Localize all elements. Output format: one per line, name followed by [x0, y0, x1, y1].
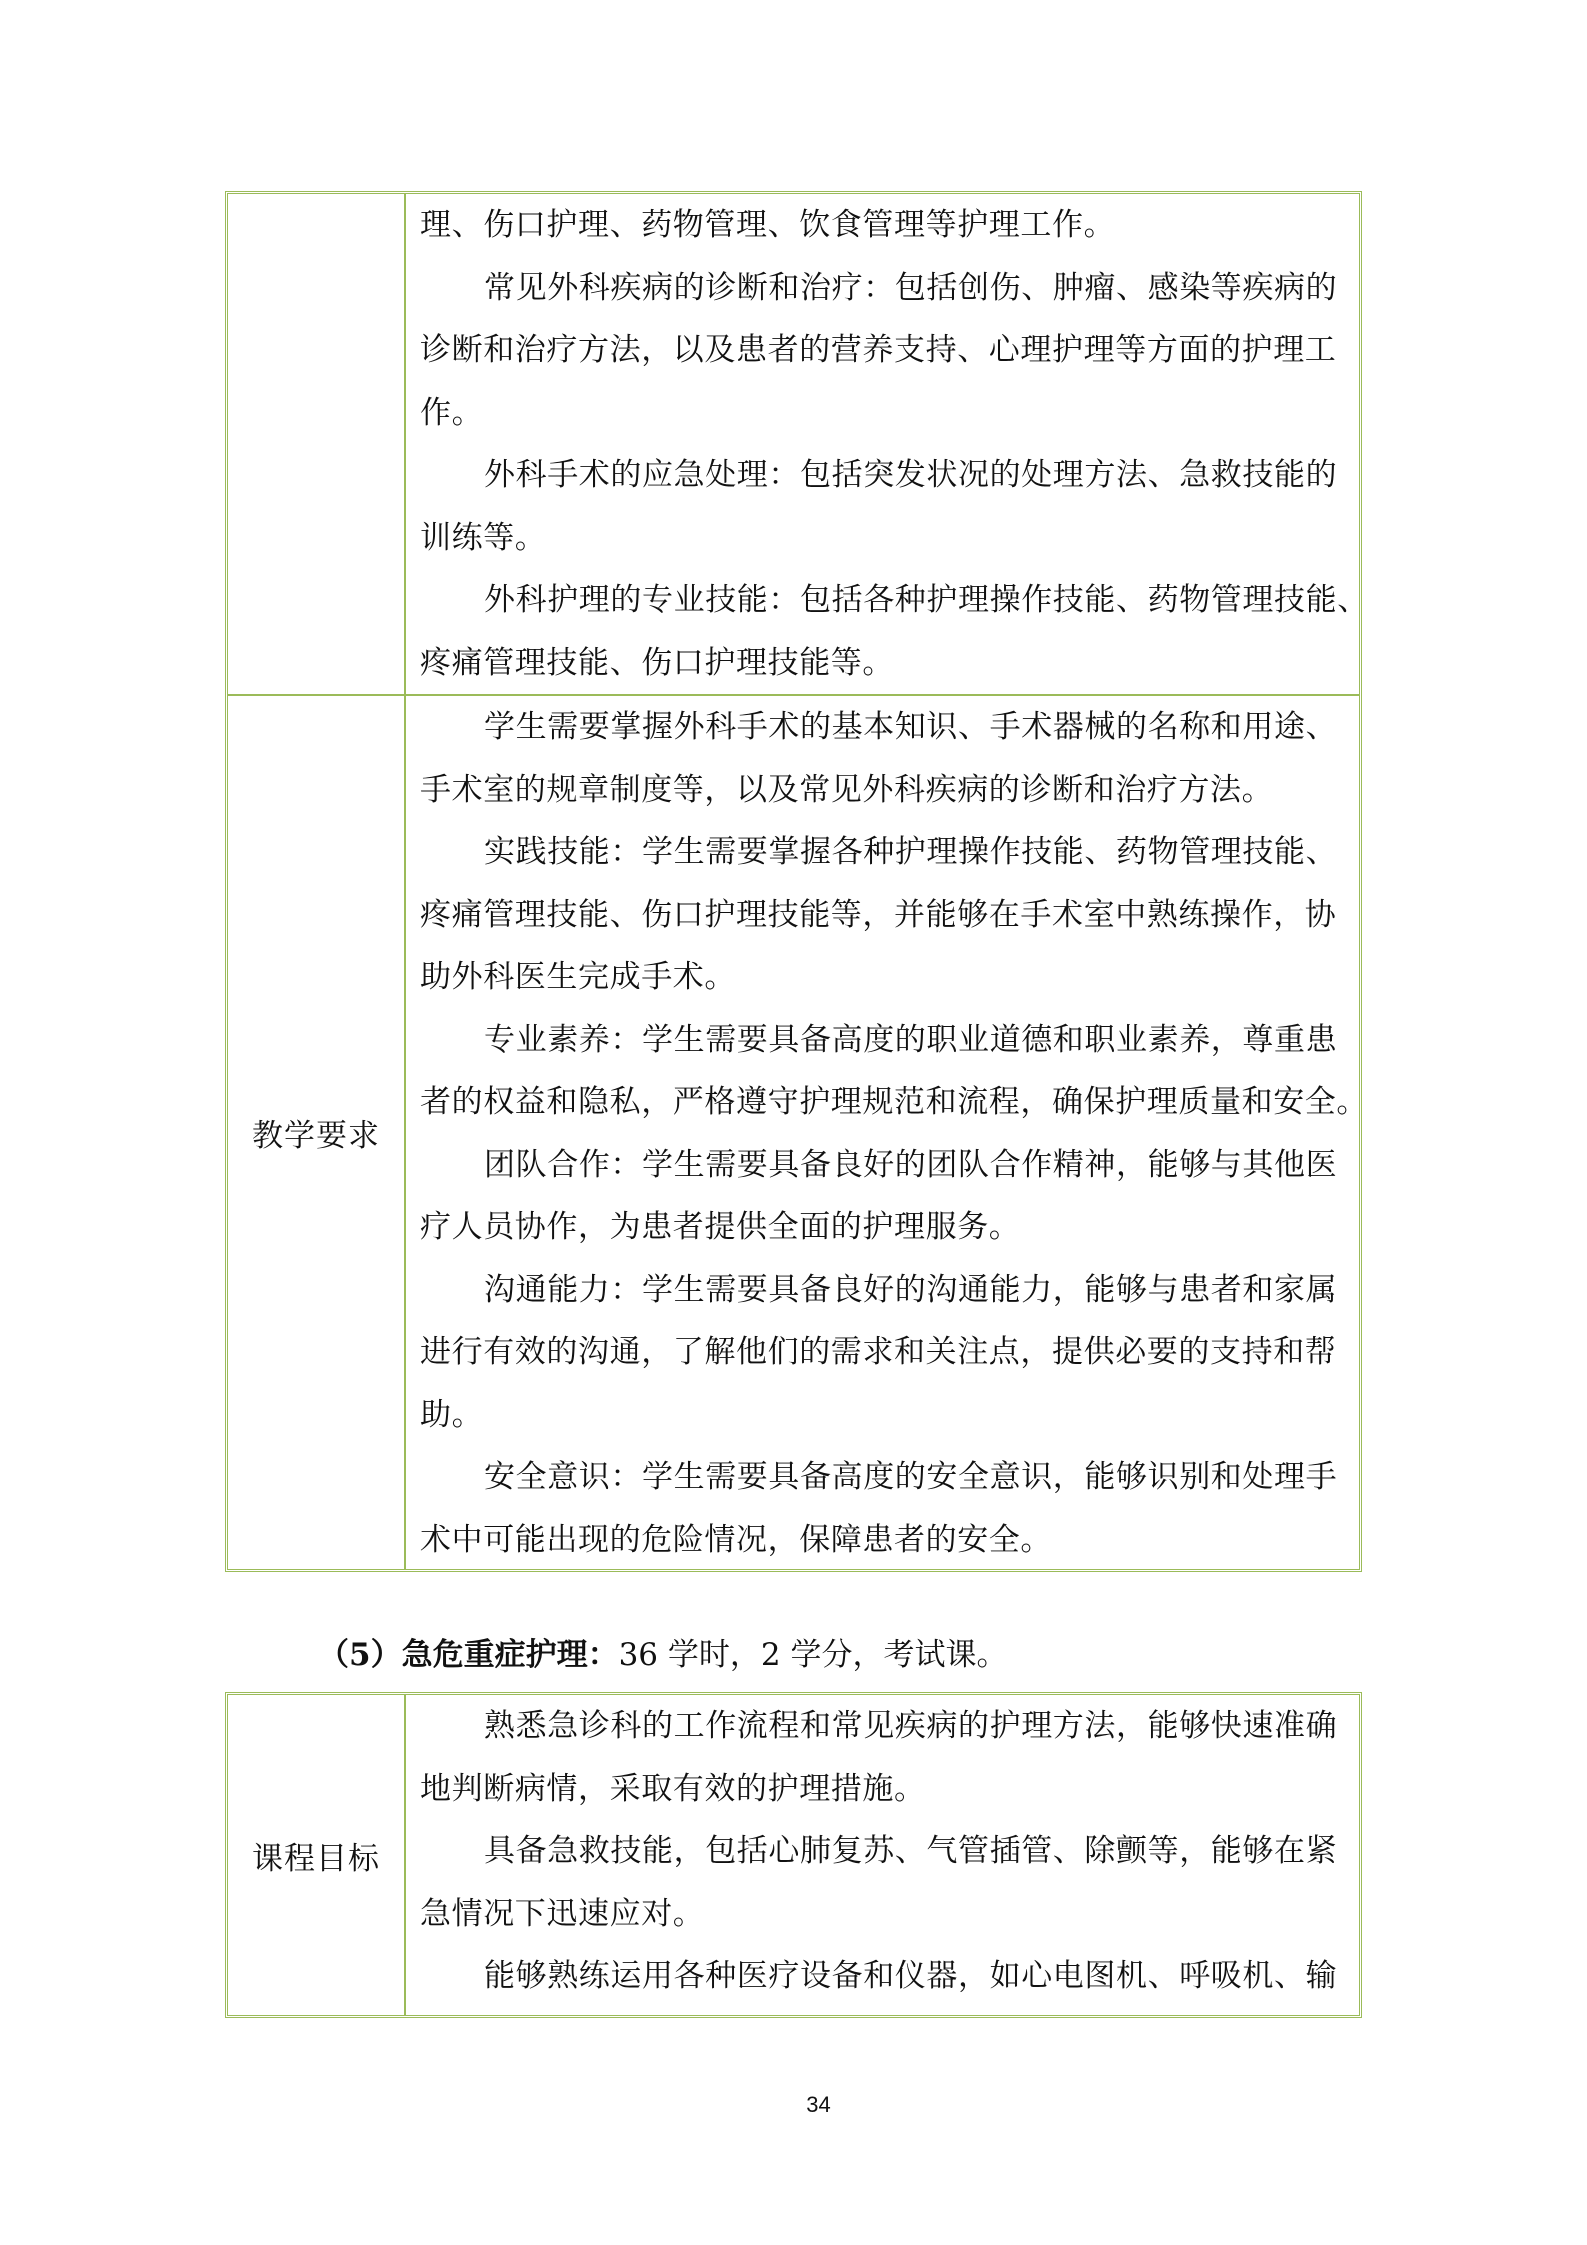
text-line: 理、伤口护理、药物管理、饮食管理等护理工作。	[420, 194, 1351, 257]
text-line: 疼痛管理技能、伤口护理技能等，并能够在手术室中熟练操作，协	[420, 884, 1351, 947]
section-heading-title: （5）急危重症护理：	[318, 1637, 619, 1673]
text-line: 外科手术的应急处理：包括突发状况的处理方法、急救技能的	[420, 444, 1351, 507]
row-label-cell: 教学要求	[228, 696, 406, 1569]
text-line: 手术室的规章制度等，以及常见外科疾病的诊断和治疗方法。	[420, 759, 1351, 822]
text-line: 安全意识：学生需要具备高度的安全意识，能够识别和处理手	[420, 1446, 1351, 1509]
text-line: 学生需要掌握外科手术的基本知识、手术器械的名称和用途、	[420, 696, 1351, 759]
text-line: 作。	[420, 382, 1351, 445]
text-line: 熟悉急诊科的工作流程和常见疾病的护理方法，能够快速准确	[420, 1695, 1351, 1758]
page-number: 34	[0, 2092, 1587, 2118]
section-heading-detail: 36 学时，2 学分，考试课。	[619, 1637, 1008, 1673]
text-line: 进行有效的沟通，了解他们的需求和关注点，提供必要的支持和帮	[420, 1321, 1351, 1384]
text-line: 疗人员协作，为患者提供全面的护理服务。	[420, 1196, 1351, 1259]
row-content-cell: 理、伤口护理、药物管理、饮食管理等护理工作。 常见外科疾病的诊断和治疗：包括创伤…	[406, 194, 1359, 698]
course-table-critical-care-nursing: 课程目标 熟悉急诊科的工作流程和常见疾病的护理方法，能够快速准确 地判断病情，采…	[225, 1692, 1362, 2018]
text-line: 实践技能：学生需要掌握各种护理操作技能、药物管理技能、	[420, 821, 1351, 884]
row-label-teaching-requirements: 教学要求	[252, 1110, 380, 1155]
table-row-teaching-requirements: 教学要求 学生需要掌握外科手术的基本知识、手术器械的名称和用途、 手术室的规章制…	[228, 694, 1359, 1569]
course-table-surgical-nursing: 理、伤口护理、药物管理、饮食管理等护理工作。 常见外科疾病的诊断和治疗：包括创伤…	[225, 191, 1362, 1572]
text-line: 者的权益和隐私，严格遵守护理规范和流程，确保护理质量和安全。	[420, 1071, 1351, 1134]
text-line: 助外科医生完成手术。	[420, 946, 1351, 1009]
text-line: 团队合作：学生需要具备良好的团队合作精神，能够与其他医	[420, 1134, 1351, 1197]
text-line: 急情况下迅速应对。	[420, 1883, 1351, 1946]
text-line: 地判断病情，采取有效的护理措施。	[420, 1758, 1351, 1821]
text-line: 能够熟练运用各种医疗设备和仪器，如心电图机、呼吸机、输	[420, 1945, 1351, 2008]
text-line: 助。	[420, 1384, 1351, 1447]
text-line: 常见外科疾病的诊断和治疗：包括创伤、肿瘤、感染等疾病的	[420, 257, 1351, 320]
page-number-text: 34	[806, 2092, 830, 2117]
text-line: 疼痛管理技能、伤口护理技能等。	[420, 632, 1351, 695]
section-heading: （5）急危重症护理：36 学时，2 学分，考试课。	[318, 1630, 1007, 1680]
table-row-course-objectives: 课程目标 熟悉急诊科的工作流程和常见疾病的护理方法，能够快速准确 地判断病情，采…	[228, 1695, 1359, 2015]
text-line: 具备急救技能，包括心肺复苏、气管插管、除颤等，能够在紧	[420, 1820, 1351, 1883]
text-line: 训练等。	[420, 507, 1351, 570]
row-label-cell	[228, 194, 406, 694]
row-label-cell: 课程目标	[228, 1695, 406, 2015]
text-line: 外科护理的专业技能：包括各种护理操作技能、药物管理技能、	[420, 569, 1351, 632]
table-row-course-content: 理、伤口护理、药物管理、饮食管理等护理工作。 常见外科疾病的诊断和治疗：包括创伤…	[228, 194, 1359, 694]
text-line: 沟通能力：学生需要具备良好的沟通能力，能够与患者和家属	[420, 1259, 1351, 1322]
row-label-course-objectives: 课程目标	[252, 1833, 380, 1878]
text-line: 诊断和治疗方法，以及患者的营养支持、心理护理等方面的护理工	[420, 319, 1351, 382]
text-line: 术中可能出现的危险情况，保障患者的安全。	[420, 1509, 1351, 1572]
text-line: 专业素养：学生需要具备高度的职业道德和职业素养，尊重患	[420, 1009, 1351, 1072]
row-content-cell: 熟悉急诊科的工作流程和常见疾病的护理方法，能够快速准确 地判断病情，采取有效的护…	[406, 1695, 1359, 2012]
row-content-cell: 学生需要掌握外科手术的基本知识、手术器械的名称和用途、 手术室的规章制度等，以及…	[406, 696, 1359, 1575]
